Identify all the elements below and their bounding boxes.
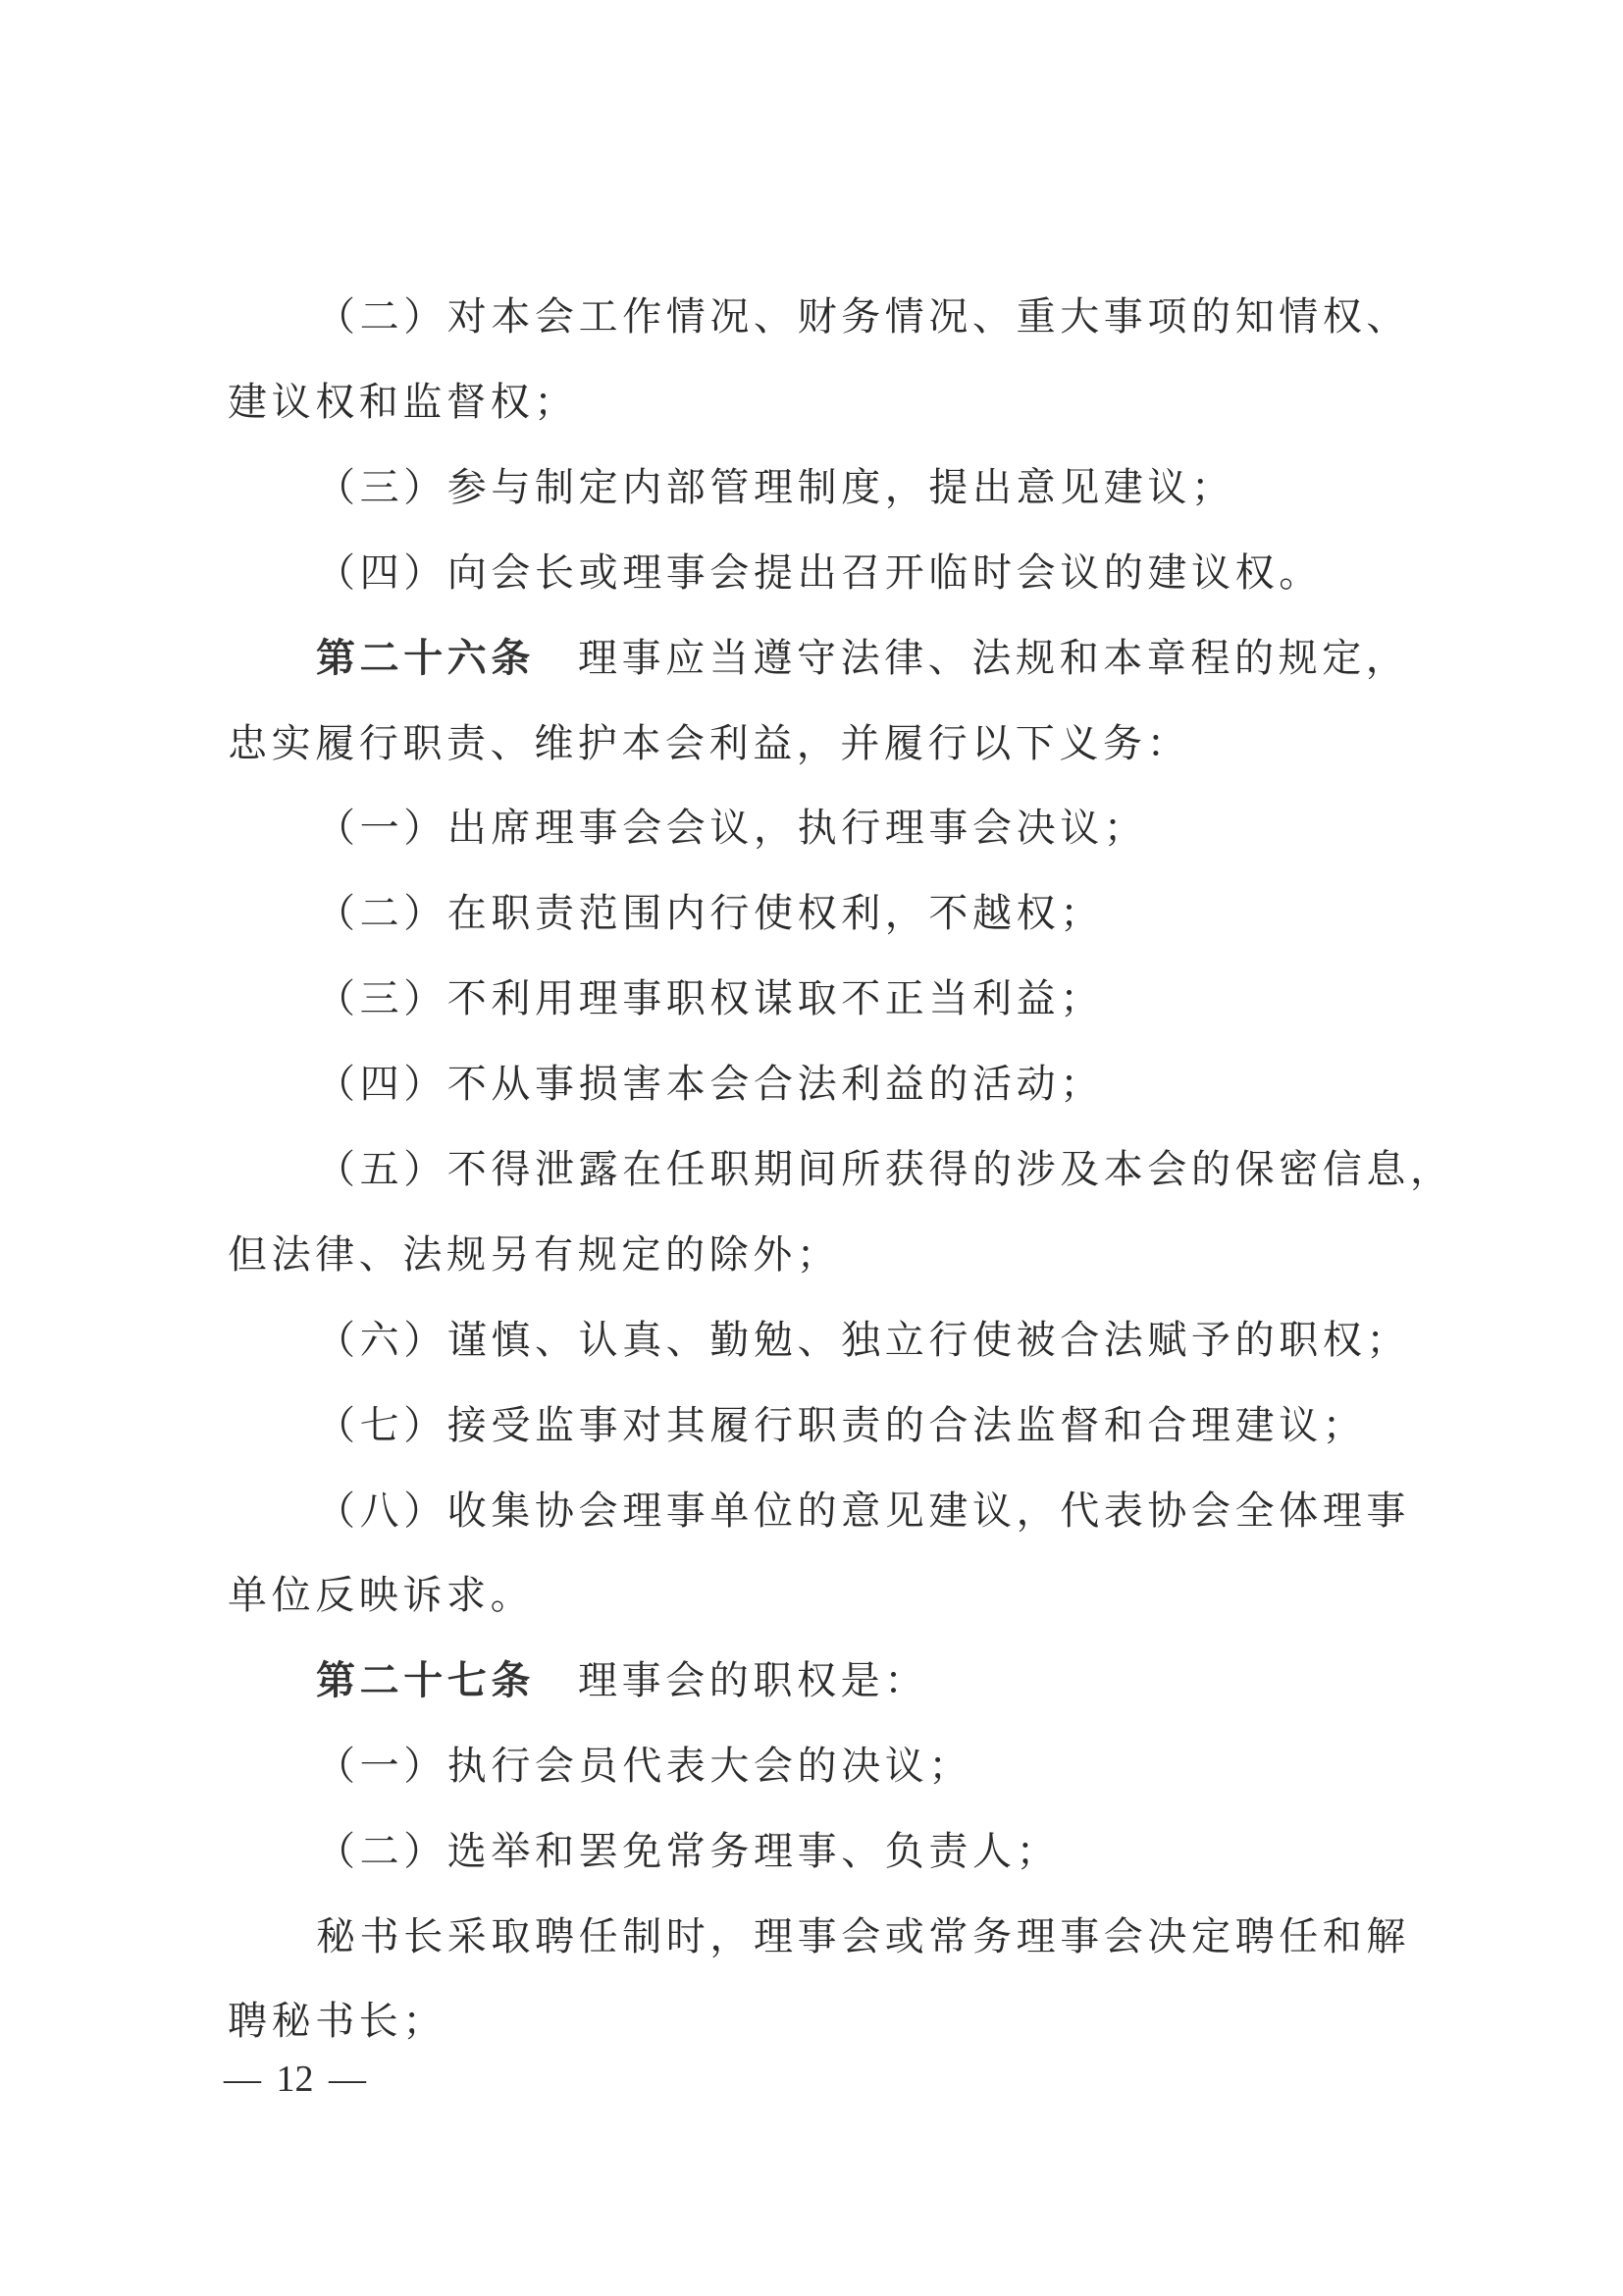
article-body: 理事应当遵守法律、法规和本章程的规定， <box>578 636 1409 681</box>
text-line: （二）选举和罢免常务理事、负责人； <box>316 1822 1060 1881</box>
text-line: （三）不利用理事职权谋取不正当利益； <box>316 969 1104 1028</box>
text-line: 聘秘书长； <box>228 1992 446 2051</box>
page-number: — 12 — <box>224 2058 366 2101</box>
text-line: 秘书长采取聘任制时，理事会或常务理事会决定聘任和解 <box>316 1907 1410 1966</box>
text-line: （一）出席理事会会议，执行理事会决议； <box>316 799 1147 858</box>
text-line: 忠实履行职责、维护本会利益，并履行以下义务： <box>228 714 1190 773</box>
text-line: （六）谨慎、认真、勤勉、独立行使被合法赋予的职权； <box>316 1311 1410 1370</box>
text-line: （四）向会长或理事会提出召开临时会议的建议权。 <box>316 544 1323 602</box>
article-27-line: 第二十七条理事会的职权是： <box>316 1651 928 1710</box>
text-line: （四）不从事损害本会合法利益的活动； <box>316 1055 1104 1114</box>
article-heading: 第二十六条 <box>316 636 535 681</box>
text-line: （二）对本会工作情况、财务情况、重大事项的知情权、 <box>316 287 1410 346</box>
text-line: （一）执行会员代表大会的决议； <box>316 1737 972 1796</box>
text-line: （八）收集协会理事单位的意见建议，代表协会全体理事 <box>316 1482 1410 1540</box>
text-line: （二）在职责范围内行使权利，不越权； <box>316 884 1104 943</box>
document-page: （二）对本会工作情况、财务情况、重大事项的知情权、 建议权和监督权； （三）参与… <box>0 0 1623 2296</box>
text-line: 建议权和监督权； <box>228 373 578 432</box>
text-line: 单位反映诉求。 <box>228 1566 534 1625</box>
article-26-line: 第二十六条理事应当遵守法律、法规和本章程的规定， <box>316 629 1409 688</box>
text-line: （五）不得泄露在任职期间所获得的涉及本会的保密信息， <box>316 1140 1454 1199</box>
article-body: 理事会的职权是： <box>578 1658 928 1703</box>
article-heading: 第二十七条 <box>316 1658 535 1703</box>
text-line: 但法律、法规另有规定的除外； <box>228 1226 840 1284</box>
text-line: （三）参与制定内部管理制度，提出意见建议； <box>316 458 1235 517</box>
text-line: （七）接受监事对其履行职责的合法监督和合理建议； <box>316 1396 1366 1455</box>
